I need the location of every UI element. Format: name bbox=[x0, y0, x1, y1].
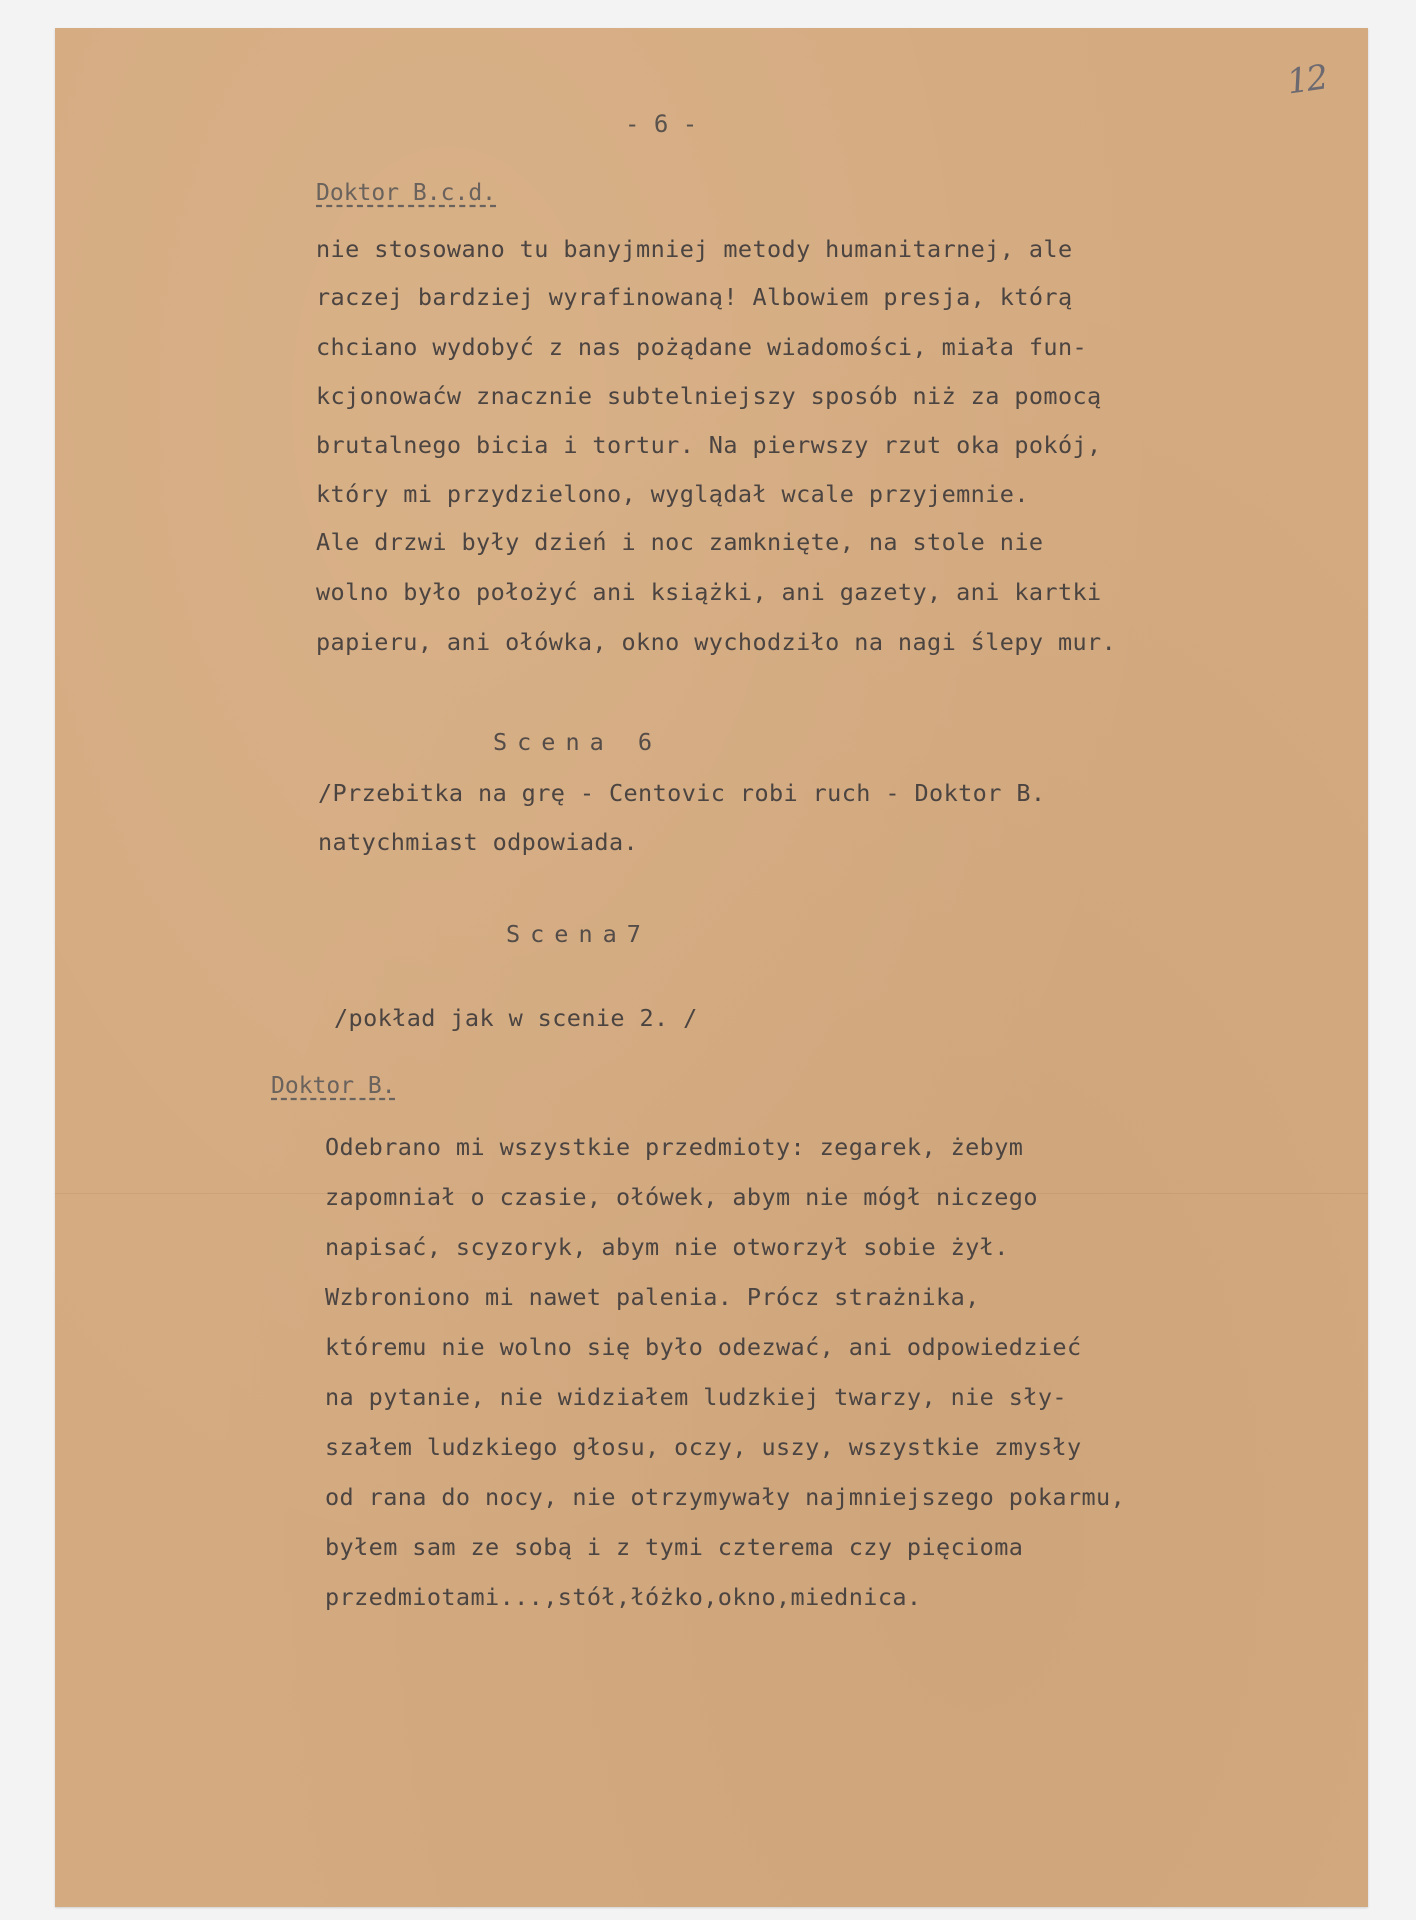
typewritten-page: 12 - 6 - Doktor B.c.d. nie stosowano tu … bbox=[55, 28, 1368, 1907]
text-line: chciano wydobyć z nas pożądane wiadomośc… bbox=[316, 333, 1087, 361]
text-line: raczej bardziej wyrafinowaną! Albowiem p… bbox=[316, 283, 1073, 311]
text-line: kcjonowaćw znacznie subtelniejszy sposób… bbox=[316, 382, 1102, 410]
text-line: napisać, scyzoryk, abym nie otworzył sob… bbox=[325, 1233, 1009, 1261]
handwritten-folio-number: 12 bbox=[1284, 57, 1328, 102]
text-line: zapomniał o czasie, ołówek, abym nie móg… bbox=[325, 1183, 1038, 1211]
text-line: od rana do nocy, nie otrzymywały najmnie… bbox=[325, 1483, 1125, 1511]
text-line: wolno było położyć ani książki, ani gaze… bbox=[316, 578, 1102, 606]
stage-direction-line: /pokład jak w scenie 2. / bbox=[334, 1004, 698, 1032]
speaker-heading-doktor-b: Doktor B. bbox=[271, 1073, 396, 1099]
speaker-heading-doktor-b-cd: Doktor B.c.d. bbox=[316, 180, 496, 206]
text-line: byłem sam ze sobą i z tymi czterema czy … bbox=[325, 1533, 1023, 1561]
stage-direction-line: natychmiast odpowiada. bbox=[318, 828, 638, 856]
text-line: na pytanie, nie widziałem ludzkiej twarz… bbox=[325, 1383, 1067, 1411]
stage-direction-line: /Przebitka na grę - Centovic robi ruch -… bbox=[318, 779, 1045, 807]
text-line: brutalnego bicia i tortur. Na pierwszy r… bbox=[316, 431, 1102, 459]
text-line: Wzbroniono mi nawet palenia. Prócz straż… bbox=[325, 1283, 980, 1311]
text-line: papieru, ani ołówka, okno wychodziło na … bbox=[316, 628, 1116, 656]
scene-6-title: Scena 6 bbox=[493, 728, 662, 756]
text-line: przedmiotami...,stół,łóżko,okno,miednica… bbox=[325, 1583, 921, 1611]
text-line: szałem ludzkiego głosu, oczy, uszy, wszy… bbox=[325, 1433, 1082, 1461]
text-line: który mi przydzielono, wyglądał wcale pr… bbox=[316, 480, 1029, 508]
text-line: Odebrano mi wszystkie przedmioty: zegare… bbox=[325, 1133, 1023, 1161]
text-line: nie stosowano tu banyjmniej metody human… bbox=[316, 235, 1073, 263]
scene-7-title: Scena7 bbox=[506, 920, 651, 948]
text-line: Ale drzwi były dzień i noc zamknięte, na… bbox=[316, 528, 1043, 556]
text-line: któremu nie wolno się było odezwać, ani … bbox=[325, 1333, 1082, 1361]
page-number: - 6 - bbox=[625, 110, 697, 138]
